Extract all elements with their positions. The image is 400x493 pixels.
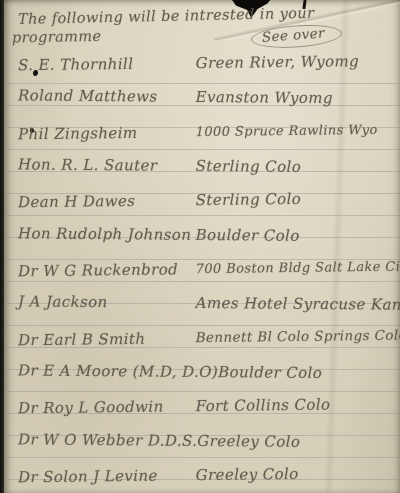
document-header: The following will be intrested in your …	[18, 8, 394, 49]
entry-location: Boulder Colo	[218, 363, 396, 383]
entry-location: Fort Collins Colo	[196, 395, 397, 415]
entry-name: Dr W G Ruckenbrod	[18, 260, 196, 280]
entry-name: Roland Matthews	[18, 87, 196, 107]
entry-location: Greeley Colo	[196, 464, 397, 484]
list-item: Dr W O Webber D.D.S. Greeley Colo	[18, 424, 396, 457]
entry-name: Dr Solon J Levine	[18, 466, 196, 486]
entry-name: Dr E A Moore (M.D, D.O)	[18, 361, 218, 381]
list-item: Dean H Dawes Sterling Colo	[18, 183, 396, 218]
entry-name: Dean H Dawes	[18, 191, 196, 211]
entry-name: Dr Earl B Smith	[18, 329, 196, 349]
list-item: Phil Zingsheim 1000 Spruce Rawlins Wyo	[18, 114, 396, 149]
list-item: Dr W G Ruckenbrod 700 Boston Bldg Salt L…	[18, 252, 396, 287]
entry-location: Green River, Wyomg	[196, 52, 397, 72]
entry-location: Greeley Colo	[197, 432, 396, 452]
entry-name: Dr Roy L Goodwin	[18, 397, 196, 417]
list-item: Hon Rudolph Johnson Boulder Colo	[18, 218, 396, 251]
header-programme: programme	[12, 29, 102, 47]
list-item: Dr Earl B Smith Bennett Bl Colo Springs …	[18, 320, 396, 355]
scan-edge	[0, 0, 4, 493]
entry-location: 700 Boston Bldg Salt Lake City Ut	[196, 259, 400, 277]
entry-name: Hon. R. L. Sauter	[18, 155, 196, 175]
entry-name: Phil Zingsheim	[18, 123, 196, 143]
list-item: Dr Solon J Levine Greeley Colo	[18, 458, 396, 493]
list-item: S. E. Thornhill Green River, Wyomg	[18, 46, 396, 81]
list-item: Roland Matthews Evanston Wyomg	[18, 81, 396, 114]
entry-location: Ames Hotel Syracuse Kans	[196, 294, 400, 314]
entry-location: Bennett Bl Colo Springs Colo	[196, 327, 400, 346]
entry-list: S. E. Thornhill Green River, Wyomg Rolan…	[18, 48, 396, 490]
entry-name: S. E. Thornhill	[18, 54, 196, 74]
scanned-document: The following will be intrested in your …	[0, 0, 400, 493]
entry-location: Sterling Colo	[196, 157, 396, 177]
entry-location: Evanston Wyomg	[196, 88, 396, 108]
list-item: Dr E A Moore (M.D, D.O) Boulder Colo	[18, 355, 396, 388]
entry-name: Dr W O Webber D.D.S.	[18, 430, 197, 450]
entry-location: Boulder Colo	[196, 226, 396, 246]
list-item: Hon. R. L. Sauter Sterling Colo	[18, 149, 396, 182]
entry-location: 1000 Spruce Rawlins Wyo	[196, 122, 397, 139]
entry-location: Sterling Colo	[196, 189, 397, 209]
list-item: J A Jackson Ames Hotel Syracuse Kans	[18, 287, 396, 320]
list-item: Dr Roy L Goodwin Fort Collins Colo	[18, 389, 396, 424]
paper-sheet: The following will be intrested in your …	[4, 0, 400, 493]
entry-name: J A Jackson	[18, 293, 196, 313]
entry-name: Hon Rudolph Johnson	[18, 224, 196, 244]
